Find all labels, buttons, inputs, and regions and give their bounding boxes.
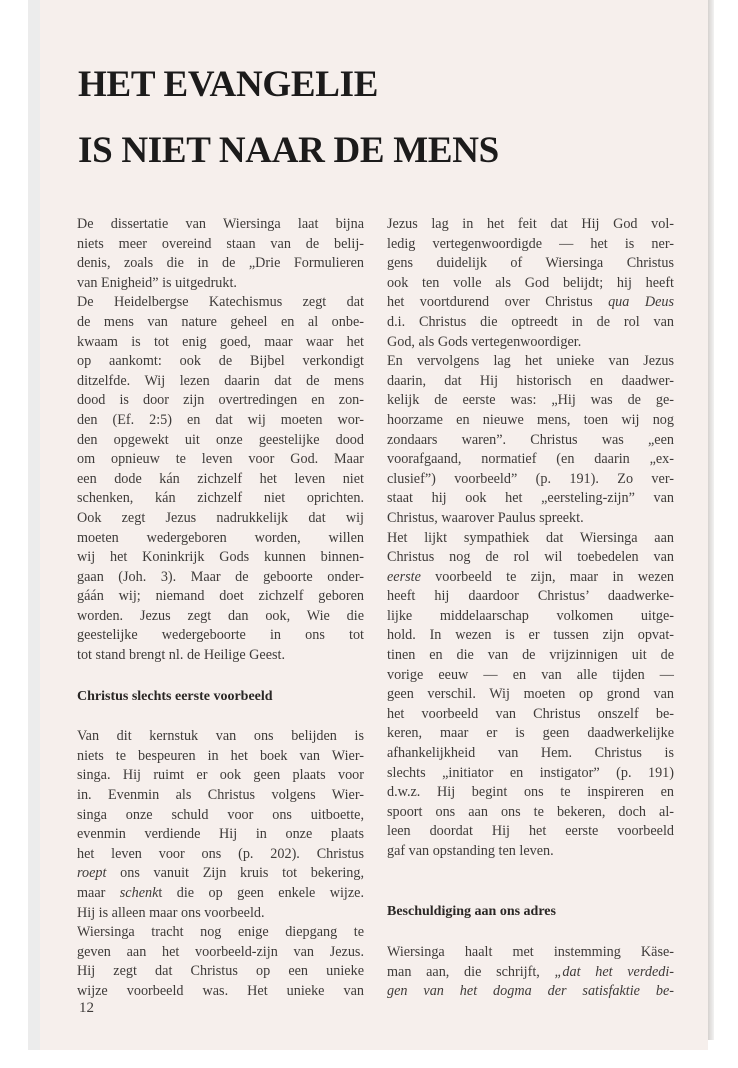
text-line: d.w.z. Hij begint ons te inspireren en <box>387 783 674 803</box>
text-line: van Enigheid” is uitgedrukt. <box>77 274 364 294</box>
text-line: De Heidelbergse Katechismus zegt dat <box>77 293 364 313</box>
text-line: God, als Gods vertegenwoordiger. <box>387 333 674 353</box>
text-line: vorige eeuw — en van alle tijden — <box>387 666 674 686</box>
text-line: den opgewekt uit onze geestelijke dood <box>77 431 364 451</box>
text-line: ditzelfde. Wij lezen daarin dat de mens <box>77 372 364 392</box>
text-line: gáán wij; niemand doet zichzelf geboren <box>77 587 364 607</box>
text-line: daarin, dat Hij historisch en daadwer- <box>387 372 674 392</box>
text-line: zondaars waren”. Christus was „een <box>387 431 674 451</box>
left-column: De dissertatie van Wiersinga laat bijna … <box>77 215 364 1002</box>
text-line: En vervolgens lag het unieke van Jezus <box>387 352 674 372</box>
text-line: Wiersinga haalt met instemming Käse- <box>387 943 674 963</box>
text-line: lijke middelaarschap volkomen uitge- <box>387 607 674 627</box>
text-run: man aan, die schrijft, <box>387 964 555 980</box>
paragraph: En vervolgens lag het unieke van Jezus d… <box>387 352 674 528</box>
text-line: wij het Koninkrijk Gods kunnen binnen- <box>77 548 364 568</box>
paragraph: Wiersinga haalt met instemming Käse- man… <box>387 943 674 1002</box>
emphasis: schenk <box>120 885 159 901</box>
text-line: singa onze schuld voor ons uitboette, <box>77 806 364 826</box>
text-line: Christus nog de rol wil toebedelen van <box>387 548 674 568</box>
text-line: in. Evenmin als Christus volgens Wier- <box>77 786 364 806</box>
paragraph: Het lijkt sympathiek dat Wiersinga aan C… <box>387 529 674 862</box>
text-line: tot stand brengt nl. de Heilige Geest. <box>77 646 364 666</box>
text-line: de mens van nature geheel en al onbe- <box>77 313 364 333</box>
text-line: slechts „initiator en instigator” (p. 19… <box>387 764 674 784</box>
text-line: Van dit kernstuk van ons belijden is <box>77 727 364 747</box>
paragraph: Wiersinga tracht nog enige diepgang te g… <box>77 923 364 1001</box>
emphasis: gen van het dogma der satisfaktie be- <box>387 983 674 999</box>
text-line: den (Ef. 2:5) en dat wij moeten wor- <box>77 411 364 431</box>
text-line: hoorzame en nieuwe mens, toen wij nog <box>387 411 674 431</box>
text-line: worden. Jezus zegt dan ook, Wie die <box>77 607 364 627</box>
text-line: Christus, waarover Paulus spreekt. <box>387 509 674 529</box>
text-line: keren, maar er is geen daadwerkelijke <box>387 724 674 744</box>
text-run: voorbeeld te zijn, maar in wezen <box>421 569 674 585</box>
text-line: geven aan het voorbeeld-zijn van Jezus. <box>77 943 364 963</box>
text-run: het voortdurend over Christus <box>387 294 608 310</box>
text-line: het voortdurend over Christus qua Deus <box>387 293 674 313</box>
text-line: heeft hij daardoor Christus’ daadwerke- <box>387 587 674 607</box>
text-line: geestelijke wedergeboorte in ons tot <box>77 626 364 646</box>
page-edge <box>708 0 714 1040</box>
text-line: Wiersinga tracht nog enige diepgang te <box>77 923 364 943</box>
text-line: maar schenkt die op geen enkele wijze. <box>77 884 364 904</box>
text-line: tinen en die van de vrijzinnigen uit de <box>387 646 674 666</box>
text-line: afhankelijkheid van Hem. Christus is <box>387 744 674 764</box>
text-line: Het lijkt sympathiek dat Wiersinga aan <box>387 529 674 549</box>
text-run: t die op geen enkele wijze. <box>158 885 364 901</box>
article-title: HET EVANGELIE IS NIET NAAR DE MENS <box>78 52 499 184</box>
text-line: gen van het dogma der satisfaktie be- <box>387 982 674 1002</box>
text-line: clusief”) voorbeeld” (p. 191). Zo ver- <box>387 470 674 490</box>
text-line: het voorbeeld van Christus onszelf be- <box>387 705 674 725</box>
text-line: voorafgaand, normatief (en daarin „ex- <box>387 450 674 470</box>
emphasis: qua Deus <box>608 294 674 310</box>
title-line-2: IS NIET NAAR DE MENS <box>78 118 499 184</box>
text-line: Hij is alleen maar ons voorbeeld. <box>77 904 364 924</box>
text-line: dood is door zijn overtredingen en zon- <box>77 391 364 411</box>
text-line: denis, zoals die in de „Drie Formulieren <box>77 254 364 274</box>
text-line: om opnieuw te leven voor God. Maar <box>77 450 364 470</box>
text-line: Hij zegt dat Christus op een unieke <box>77 962 364 982</box>
text-line: op aankomt: ook de Bijbel verkondigt <box>77 352 364 372</box>
text-line: niets te bespeuren in het boek van Wier- <box>77 747 364 767</box>
section-heading: Beschuldiging aan ons adres <box>387 902 674 922</box>
paragraph: De Heidelbergse Katechismus zegt dat de … <box>77 293 364 665</box>
text-line: evenmin verdiende Hij in onze plaats <box>77 825 364 845</box>
text-line: ledig vertegenwoordigde — het is ner- <box>387 235 674 255</box>
text-run: maar <box>77 885 120 901</box>
text-line: hold. In wezen is er tussen zijn opvat- <box>387 626 674 646</box>
text-line: geen verschil. Wij moeten op grond van <box>387 685 674 705</box>
text-line: wijze voorbeeld was. Het unieke van <box>77 982 364 1002</box>
text-line: ook ten volle als God belijdt; hij heeft <box>387 274 674 294</box>
text-line: niets meer overeind staan van de belij- <box>77 235 364 255</box>
text-line: kelijk de eerste was: „Hij was de ge- <box>387 391 674 411</box>
text-line: een dode kán zichzelf het leven niet <box>77 470 364 490</box>
text-line: moeten wedergeboren worden, willen <box>77 529 364 549</box>
text-line: het leven voor ons (p. 202). Christus <box>77 845 364 865</box>
text-run: ons vanuit Zijn kruis tot bekering, <box>106 865 364 881</box>
paragraph: Jezus lag in het feit dat Hij God vol- l… <box>387 215 674 352</box>
text-line: d.i. Christus die optreedt in de rol van <box>387 313 674 333</box>
text-line: man aan, die schrijft, „dat het verdedi- <box>387 963 674 983</box>
text-line: leen doordat Hij het eerste voorbeeld <box>387 822 674 842</box>
text-line: singa. Hij ruimt er ook geen plaats voor <box>77 766 364 786</box>
text-line: eerste voorbeeld te zijn, maar in wezen <box>387 568 674 588</box>
text-line: gens duidelijk of Wiersinga Christus <box>387 254 674 274</box>
text-line: kwaam is tot enig goed, maar waar het <box>77 333 364 353</box>
emphasis: roept <box>77 865 106 881</box>
paragraph: De dissertatie van Wiersinga laat bijna … <box>77 215 364 293</box>
text-line: gaf van opstanding ten leven. <box>387 842 674 862</box>
page-number: 12 <box>79 1000 94 1017</box>
title-line-1: HET EVANGELIE <box>78 52 499 118</box>
text-line: Jezus lag in het feit dat Hij God vol- <box>387 215 674 235</box>
text-line: roept ons vanuit Zijn kruis tot bekering… <box>77 864 364 884</box>
emphasis: „dat het verdedi- <box>555 964 674 980</box>
emphasis: eerste <box>387 569 421 585</box>
section-heading: Christus slechts eerste voorbeeld <box>77 687 364 707</box>
paragraph: Van dit kernstuk van ons belijden is nie… <box>77 727 364 923</box>
text-line: gaan (Joh. 3). Maar de geboorte onder- <box>77 568 364 588</box>
text-line: Ook zegt Jezus nadrukkelijk dat wij <box>77 509 364 529</box>
text-line: staat hij ook het „eersteling-zijn” van <box>387 489 674 509</box>
right-column: Jezus lag in het feit dat Hij God vol- l… <box>387 215 674 1002</box>
text-line: schenken, kán zichzelf niet oprichten. <box>77 489 364 509</box>
text-line: De dissertatie van Wiersinga laat bijna <box>77 215 364 235</box>
text-line: spoort ons aan ons te bekeren, doch al- <box>387 803 674 823</box>
